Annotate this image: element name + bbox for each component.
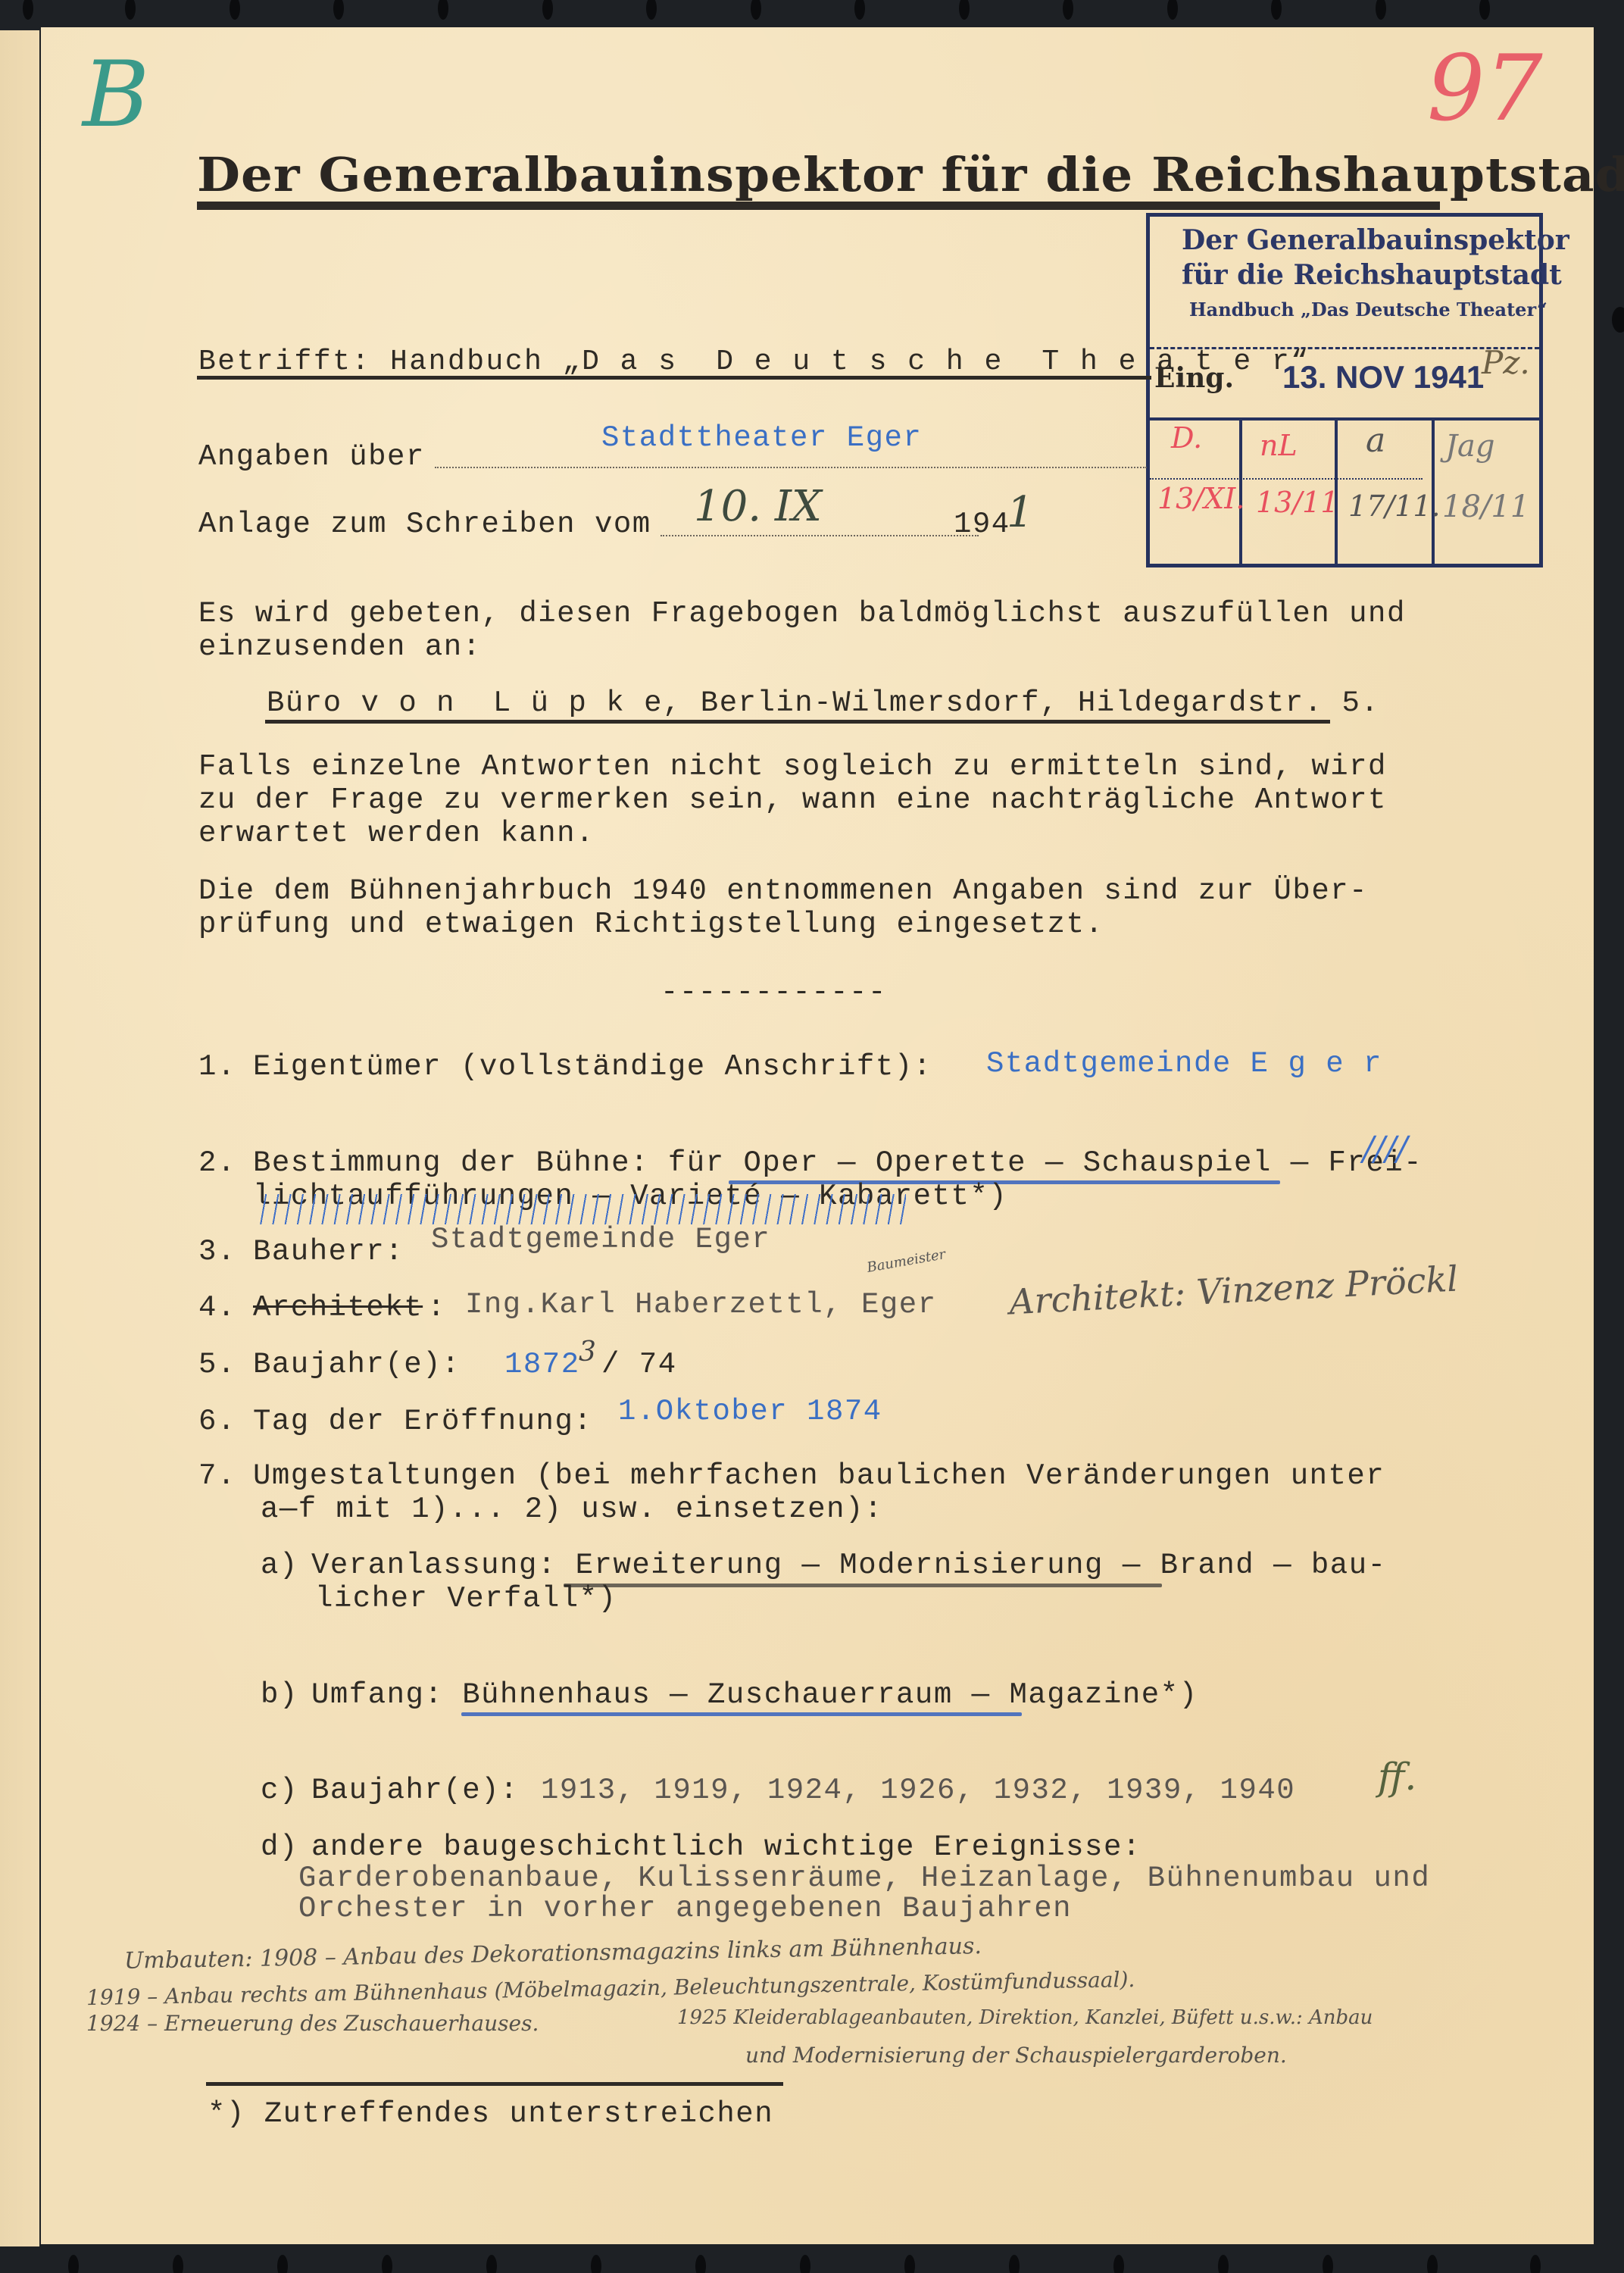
footnote-rule	[206, 2082, 783, 2086]
q2-line1: Bestimmung der Bühne: für Oper — Operett…	[253, 1146, 1423, 1180]
footnote-text: *) Zutreffendes unterstreichen	[208, 2097, 773, 2131]
angaben-label: Angaben über	[198, 440, 425, 474]
binder-holes-bottom	[0, 2249, 1624, 2273]
anlage-year-prefix: 194	[954, 508, 1010, 541]
angaben-value: Stadttheater Eger	[601, 421, 922, 455]
q4-colon: :	[427, 1291, 446, 1324]
stamp-box-1-top: D.	[1171, 421, 1202, 455]
q3-number: 3.	[198, 1235, 236, 1268]
angaben-field-line	[435, 467, 1147, 468]
q7c-answer: 1913, 1919, 1924, 1926, 1932, 1939, 1940	[541, 1774, 1295, 1807]
stamp-box-1-bottom: 13/XI.	[1157, 482, 1245, 515]
q7c-key: c)	[261, 1774, 298, 1807]
q7d-key: d)	[261, 1831, 298, 1864]
q5-answer-typed: 1872	[504, 1348, 580, 1381]
q6-number: 6.	[198, 1405, 236, 1438]
q7-line2: a—f mit 1)... 2) usw. einsetzen):	[261, 1493, 883, 1526]
hand-note-line3a: 1924 – Erneuerung des Zuschauerhauses.	[86, 2011, 539, 2036]
stamp-box-4-bottom: 18/11	[1442, 489, 1529, 524]
stamp-box-3-bottom: 17/11.	[1348, 489, 1441, 523]
anlage-date-line	[661, 535, 979, 536]
intro-p3-line1: Die dem Bühnenjahrbuch 1940 entnommenen …	[198, 874, 1368, 908]
anlage-label: Anlage zum Schreiben vom	[198, 508, 651, 541]
hand-note-line2: 1919 – Anbau rechts am Bühnenhaus (Möbel…	[86, 1967, 1135, 2010]
stamp-line-3: Handbuch „Das Deutsche Theater“	[1189, 299, 1547, 320]
letterhead-rule	[197, 202, 1440, 210]
hand-note-line4: und Modernisierung der Schauspielergarde…	[745, 2043, 1287, 2068]
q3-answer: Stadtgemeinde Eger	[431, 1223, 770, 1256]
fold-strip	[0, 30, 39, 2246]
q7d-line1: andere baugeschichtlich wichtige Ereigni…	[311, 1831, 1141, 1864]
q7a-key: a)	[261, 1549, 298, 1582]
q7b-key: b)	[261, 1678, 298, 1712]
margin-letter-mark: B	[83, 42, 149, 148]
address-rule	[265, 720, 1330, 724]
section-separator: ------------	[661, 976, 887, 1009]
q4-hand-note: Architekt: Vinzenz Pröckl	[1008, 1258, 1459, 1323]
intro-p2-line1: Falls einzelne Antworten nicht sogleich …	[198, 750, 1387, 783]
address-line: Büro v o n L ü p k e, Berlin-Wilmersdorf…	[267, 686, 1379, 720]
q4-hand-above: Baumeister	[866, 1246, 947, 1276]
stamp-date: 13. NOV 1941	[1282, 359, 1484, 396]
q2-number: 2.	[198, 1146, 236, 1180]
q7c-hand-mark: ff.	[1378, 1755, 1416, 1799]
q2-strike-hatching	[255, 1194, 906, 1224]
q7a-underline-pencil	[564, 1584, 1162, 1587]
q7a-line1: Veranlassung: Erweiterung — Modernisieru…	[311, 1549, 1387, 1582]
stamp-box-2-bottom: 13/11	[1256, 486, 1339, 519]
intro-p2-line2: zu der Frage zu vermerken sein, wann ein…	[198, 783, 1387, 817]
hand-note-line1: Umbauten: 1908 – Anbau des Dekorationsma…	[124, 1933, 982, 1974]
q1-label: Eigentümer (vollständige Anschrift):	[253, 1050, 932, 1083]
q6-label: Tag der Eröffnung:	[253, 1405, 592, 1438]
receipt-stamp: Der Generalbauinspektor für die Reichsha…	[1146, 213, 1543, 567]
hand-note-line3b: 1925 Kleiderablageanbauten, Direktion, K…	[677, 2006, 1373, 2029]
stamp-box-3-top: a	[1366, 421, 1385, 460]
q6-answer: 1.Oktober 1874	[618, 1395, 882, 1428]
page-number-mark: 97	[1427, 36, 1543, 142]
q1-number: 1.	[198, 1050, 236, 1083]
q4-label-struck: Architekt	[253, 1291, 423, 1324]
q7b-line1: Umfang: Bühnenhaus — Zuschauerraum — Mag…	[311, 1678, 1198, 1712]
betrifft-rule	[197, 376, 1151, 380]
q7-number: 7.	[198, 1459, 236, 1493]
q5-label: Baujahr(e):	[253, 1348, 461, 1381]
binder-holes-top	[0, 0, 1624, 27]
q5-number: 5.	[198, 1348, 236, 1381]
stamp-line-1: Der Generalbauinspektor	[1182, 224, 1569, 256]
q3-label: Bauherr:	[253, 1235, 404, 1268]
q1-answer: Stadtgemeinde E g e r	[986, 1047, 1382, 1080]
side-hole	[1612, 307, 1624, 333]
stamp-line-2: für die Reichshauptstadt	[1182, 259, 1562, 291]
intro-p1-line2: einzusenden an:	[198, 630, 482, 664]
letterhead-title: Der Generalbauinspektor für die Reichsha…	[197, 147, 1624, 202]
q5-answer-rest: / 74	[601, 1348, 677, 1381]
q7c-label: Baujahr(e):	[311, 1774, 519, 1807]
stamp-box-4-top: Jag	[1445, 429, 1495, 464]
stamp-initials: Pz.	[1482, 344, 1530, 381]
q7b-underline-pen	[461, 1712, 1022, 1716]
intro-p2-line3: erwartet werden kann.	[198, 817, 595, 850]
betrifft-line: Betrifft: Handbuch „D a s D e u t s c h …	[198, 345, 1310, 379]
q4-number: 4.	[198, 1291, 236, 1324]
stamp-box-2-top: nL	[1260, 429, 1298, 462]
intro-p3-line2: prüfung und etwaigen Richtigstellung ein…	[198, 908, 1104, 941]
anlage-date: 10. IX	[694, 482, 822, 531]
q7-line1: Umgestaltungen (bei mehrfachen baulichen…	[253, 1459, 1385, 1493]
anlage-year-suffix: 1	[1007, 488, 1034, 537]
q5-answer-correction: 3	[579, 1337, 596, 1368]
q2-hatch-marks: ////	[1363, 1130, 1407, 1168]
q7a-line2: licher Verfall*)	[315, 1582, 617, 1615]
q7d-answer-line2: Orchester in vorher angegebenen Baujahre…	[298, 1892, 1072, 1925]
document-page: B 97 Der Generalbauinspektor für die Rei…	[41, 27, 1594, 2244]
q4-answer: Ing.Karl Haberzettl, Eger	[465, 1288, 937, 1321]
stamp-grid-top	[1150, 417, 1539, 421]
intro-p1-line1: Es wird gebeten, diesen Fragebogen baldm…	[198, 597, 1406, 630]
q7d-answer-line1: Garderobenanbaue, Kulissenräume, Heizanl…	[298, 1862, 1430, 1895]
